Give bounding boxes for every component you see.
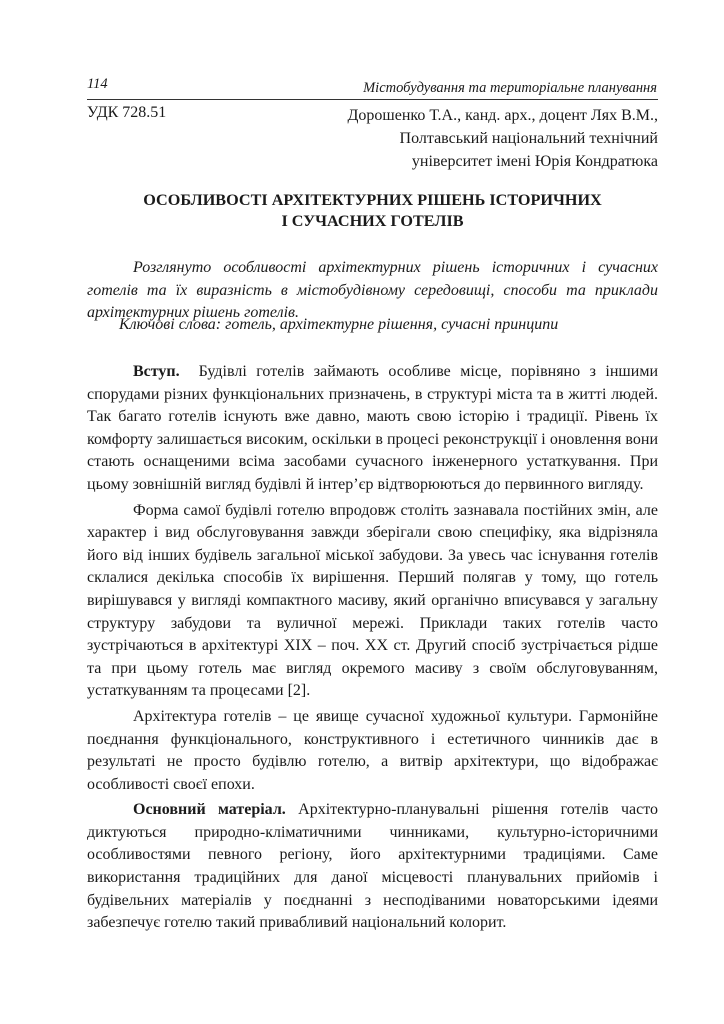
intro-paragraph-3: Архітектура готелів – це явище сучасної … bbox=[87, 706, 658, 796]
affiliation-line-2: університет імені Юрія Кондратюка bbox=[348, 150, 659, 173]
intro-paragraph-2: Форма самої будівлі готелю впродовж стол… bbox=[87, 500, 658, 703]
journal-title: Містобудування та територіальне плануван… bbox=[363, 80, 657, 97]
title-line-2: І СУЧАСНИХ ГОТЕЛІВ bbox=[87, 211, 658, 232]
intro-heading: Вступ. bbox=[133, 363, 180, 380]
main-text-1: Архітектурно-планувальні рішення готелів… bbox=[87, 801, 658, 931]
udk-code: УДК 728.51 bbox=[87, 104, 166, 122]
main-paragraph-1: Основний матеріал. Архітектурно-планувал… bbox=[87, 799, 658, 935]
intro-paragraph-1: Вступ. Будівлі готелів займають особливе… bbox=[87, 361, 658, 497]
intro-text-1: Будівлі готелів займають особливе місце,… bbox=[87, 363, 658, 493]
author-block: Дорошенко Т.А., канд. арх., доцент Лях В… bbox=[348, 104, 659, 173]
affiliation-line-1: Полтавський національний технічний bbox=[348, 127, 659, 150]
keywords: Ключові слова: готель, архітектурне ріше… bbox=[87, 314, 658, 336]
body-text: Вступ. Будівлі готелів займають особливе… bbox=[87, 361, 658, 935]
page-number: 114 bbox=[87, 76, 108, 93]
running-header: 114 Містобудування та територіальне план… bbox=[87, 76, 657, 98]
main-heading: Основний матеріал. bbox=[133, 801, 286, 818]
authors-line: Дорошенко Т.А., канд. арх., доцент Лях В… bbox=[348, 104, 659, 127]
header-divider bbox=[87, 99, 658, 100]
document-page: 114 Містобудування та територіальне план… bbox=[0, 0, 724, 1024]
paper-title: ОСОБЛИВОСТІ АРХІТЕКТУРНИХ РІШЕНЬ ІСТОРИЧ… bbox=[87, 190, 658, 232]
title-line-1: ОСОБЛИВОСТІ АРХІТЕКТУРНИХ РІШЕНЬ ІСТОРИЧ… bbox=[87, 190, 658, 211]
